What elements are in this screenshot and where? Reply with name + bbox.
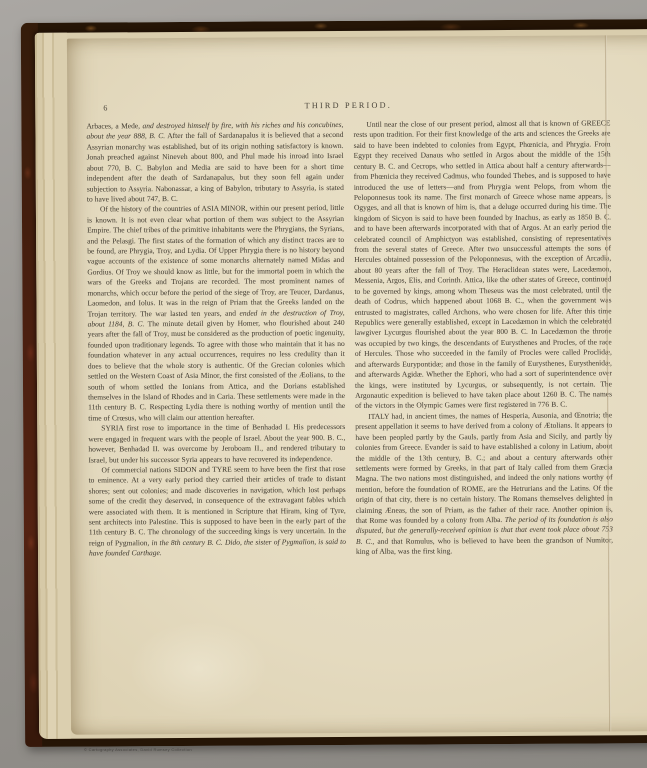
paragraph: ITALY had, in ancient times, the names o… xyxy=(355,410,613,557)
text-segment: SYRIA first rose to importance in the ti… xyxy=(88,422,345,464)
running-title: THIRD PERIOD. xyxy=(86,97,610,111)
text-segment: Of the history of the countries of ASIA … xyxy=(87,203,345,318)
printed-text-block: 6 THIRD PERIOD. Arbaces, a Mede, and des… xyxy=(86,97,613,657)
page-number: 6 xyxy=(103,103,107,112)
text-segment: Of commercial nations SIDON and TYRE see… xyxy=(89,464,346,548)
paragraph: Arbaces, a Mede, and destroyed himself b… xyxy=(86,120,344,205)
paragraph: Of commercial nations SIDON and TYRE see… xyxy=(88,464,346,559)
text-columns: Arbaces, a Mede, and destroyed himself b… xyxy=(86,118,613,657)
running-header: 6 THIRD PERIOD. xyxy=(86,97,610,114)
paragraph: SYRIA first rose to importance in the ti… xyxy=(88,422,345,465)
text-segment: The minute detail given by Homer, who fl… xyxy=(88,318,345,422)
paragraph: Until near the close of our present peri… xyxy=(353,118,612,411)
paragraph: Of the history of the countries of ASIA … xyxy=(87,203,345,423)
book-page: 6 THIRD PERIOD. Arbaces, a Mede, and des… xyxy=(67,35,647,735)
text-segment: ITALY had, in ancient times, the names o… xyxy=(355,410,613,525)
scan-background: { "page": { "number": "6", "header": "TH… xyxy=(0,0,647,768)
text-segment: Arbaces, a Mede, xyxy=(86,121,142,130)
collection-watermark: © Cartography Associates, David Rumsey C… xyxy=(84,747,192,752)
text-segment: After the fall of Sardanapalus it is bel… xyxy=(87,130,344,203)
text-column-right: Until near the close of our present peri… xyxy=(353,118,613,656)
text-segment: and that Romulus, who is believed to hav… xyxy=(356,535,613,556)
text-column-left: Arbaces, a Mede, and destroyed himself b… xyxy=(86,120,346,658)
page-stack-edges: 6 THIRD PERIOD. Arbaces, a Mede, and des… xyxy=(35,29,647,739)
book-cover: 6 THIRD PERIOD. Arbaces, a Mede, and des… xyxy=(21,19,647,747)
text-segment: Until near the close of our present peri… xyxy=(353,118,612,410)
